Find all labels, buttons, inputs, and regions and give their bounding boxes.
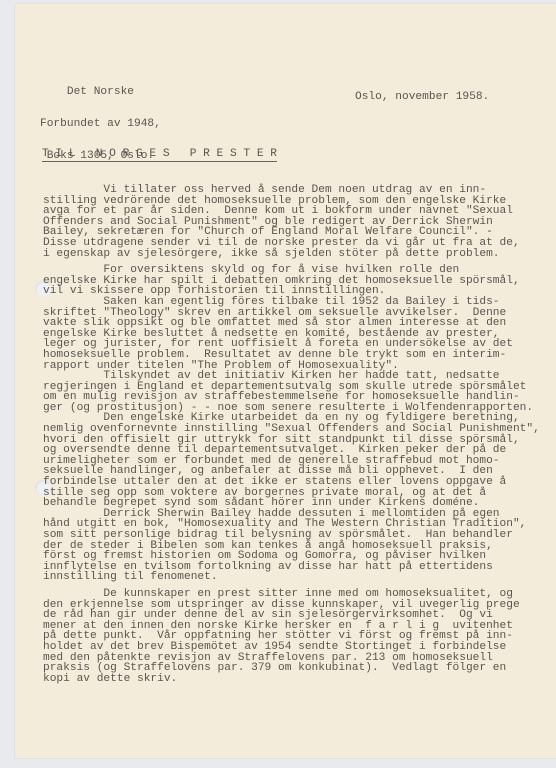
- sender-line: Forbundet av 1948,: [40, 119, 161, 130]
- paragraph: De kunnskaper en prest sitter inne med o…: [43, 589, 540, 684]
- letter-body: Vi tillater oss herved å sende Dem noen …: [43, 185, 540, 684]
- letter-title: T I L N O R G E S P R E S T E R: [42, 148, 277, 162]
- sender-line: Det Norske: [40, 87, 161, 98]
- paragraph: Vi tillater oss herved å sende Dem noen …: [43, 185, 540, 259]
- text-line: holdet av det brev Bispemötet av 1954 se…: [43, 642, 540, 653]
- text-line: De kunnskaper en prest sitter inne med o…: [43, 589, 540, 600]
- text-line: Vi tillater oss herved å sende Dem noen …: [43, 185, 540, 196]
- text-line: kopi av dette skriv.: [43, 674, 540, 685]
- text-line: homoseksuelle problem. Resultatet av den…: [43, 350, 540, 361]
- paragraph: For oversiktens skyld og for å vise hvil…: [43, 265, 540, 583]
- text-line: Disse utdragene sender vi til de norske …: [43, 238, 540, 249]
- text-line: i egenskap av sjelesörgere, ikke så sjel…: [43, 249, 540, 260]
- text-line: Saken kan egentlig föres tilbake til 195…: [43, 297, 540, 308]
- dateline: Oslo, november 1958.: [355, 92, 489, 103]
- text-line: som sitt personlige bidrag til belysning…: [43, 530, 540, 541]
- text-line: innstilling til fenomenet.: [43, 572, 540, 583]
